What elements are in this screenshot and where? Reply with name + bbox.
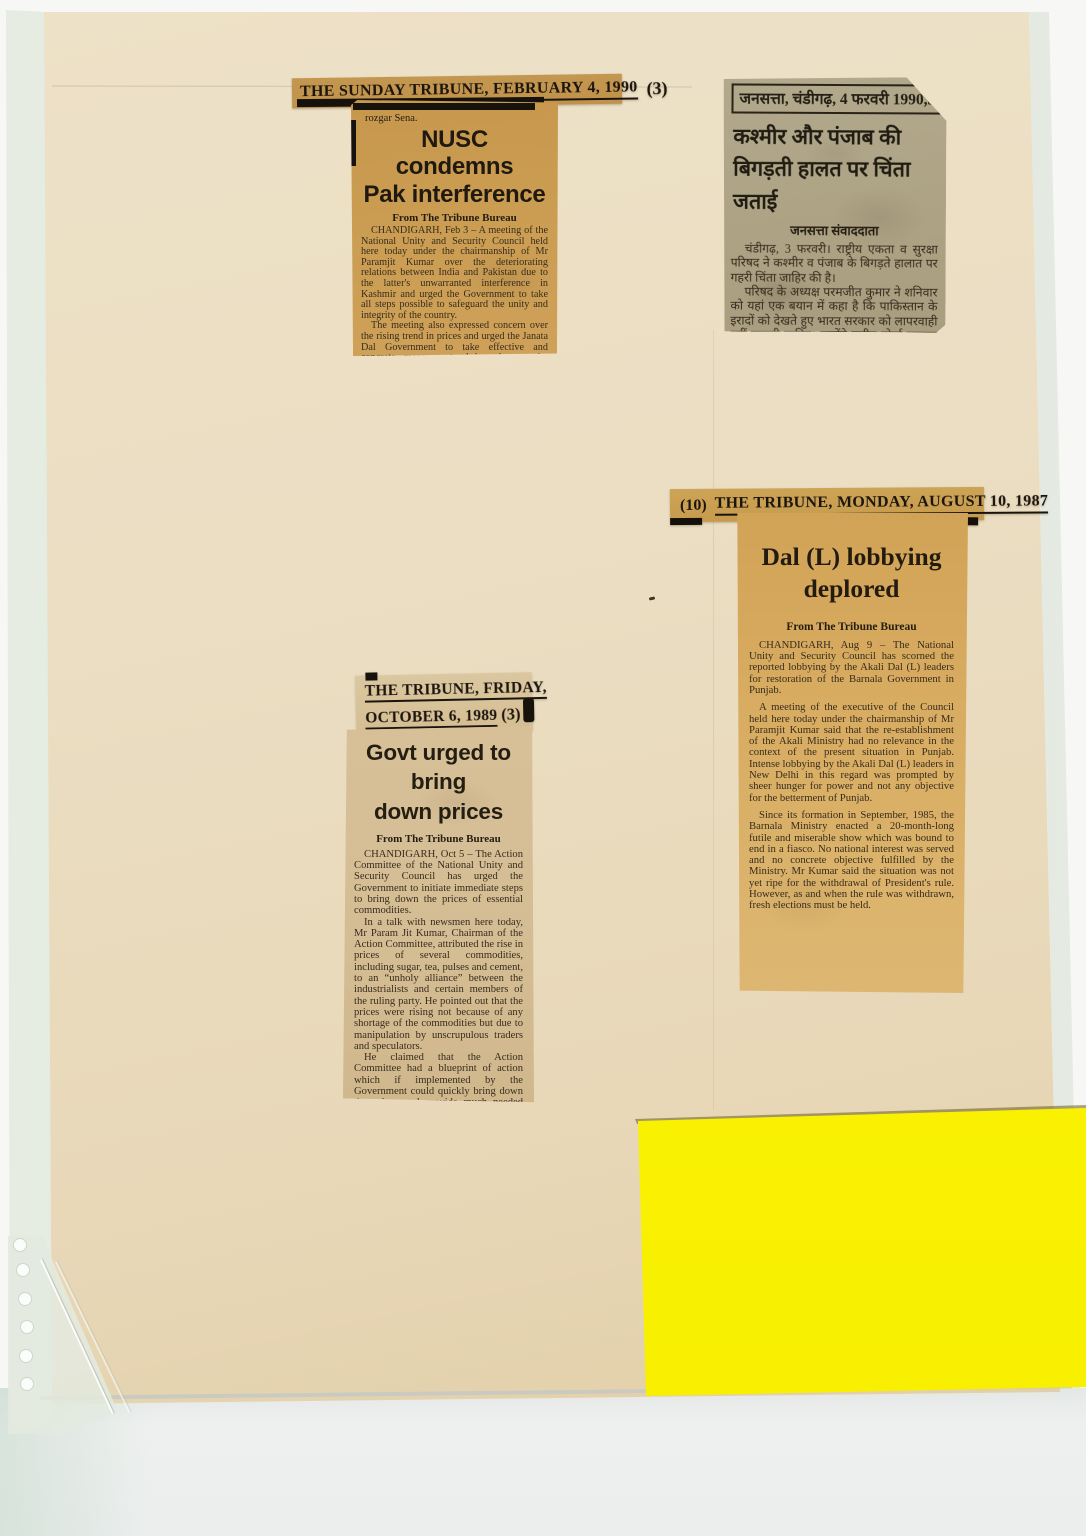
torn-edge-ink-mark — [351, 120, 356, 166]
body-paragraph: In a talk with newsmen here today, Mr Pa… — [354, 917, 523, 1053]
headline-line2: बिगड़ती हालत पर चिंता जताई — [733, 153, 938, 219]
body-paragraph: CHANDIGARH, Aug 9 – The National Unity a… — [749, 640, 954, 696]
scanner-background-band — [0, 1388, 1086, 1536]
newspaper-clipping-nusc: rozgar Sena. NUSC condemns Pak interfere… — [351, 100, 558, 356]
column-fragment-text: rozgar Sena. — [365, 113, 548, 124]
byline: From The Tribune Bureau — [361, 212, 548, 224]
body-paragraph: A meeting of the executive of the Counci… — [749, 702, 954, 804]
newspaper-clipping-dal: Dal (L) lobbying deplored From The Tribu… — [735, 513, 968, 993]
masthead-text: THE TRIBUNE, MONDAY, AUGUST 10, 1987 — [715, 492, 1049, 515]
body-paragraph: CHANDIGARH, Oct 5 – The Action Committee… — [354, 849, 523, 917]
headline-line1: कश्मीर और पंजाब की — [733, 120, 938, 153]
masthead-page-number: (3) — [646, 78, 667, 99]
article-body: CHANDIGARH, Oct 5 – The Action Committee… — [354, 849, 523, 1106]
headline-line2: deplored — [749, 573, 954, 605]
binder-hole — [13, 1238, 27, 1252]
headline: NUSC condemns Pak interference — [361, 126, 548, 208]
body-paragraph: CHANDIGARH, Feb 3 – A meeting of the Nat… — [361, 226, 548, 321]
scanned-scrapbook-page: THE SUNDAY TRIBUNE, FEBRUARY 4, 1990 (3)… — [0, 0, 1086, 1536]
newspaper-clipping-govt: Govt urged to bring down prices From The… — [343, 726, 534, 1106]
article-body: चंडीगढ़, 3 फरवरी। राष्ट्रीय एकता व सुरक्… — [730, 241, 938, 332]
headline-line1: Dal (L) lobbying — [749, 541, 954, 573]
body-paragraph: परिषद के अध्यक्ष परमजीत कुमार ने शनिवार … — [730, 284, 938, 332]
body-paragraph: The meeting also expressed concern over … — [361, 321, 548, 356]
body-paragraph: Since its formation in September, 1985, … — [749, 810, 954, 912]
torn-edge-ink-mark — [365, 672, 377, 680]
headline-line1: Govt urged to bring — [354, 738, 523, 797]
torn-edge-ink-mark — [670, 518, 702, 525]
headline-line2: down prices — [354, 797, 523, 826]
article-body: CHANDIGARH, Aug 9 – The National Unity a… — [749, 640, 954, 912]
masthead-text-line2: OCTOBER 6, 1989 — [365, 707, 498, 730]
masthead-tribune-1989: THE TRIBUNE, FRIDAY, OCTOBER 6, 1989 (3) — [355, 672, 532, 734]
body-paragraph: चंडीगढ़, 3 फरवरी। राष्ट्रीय एकता व सुरक्… — [731, 241, 938, 285]
body-paragraph: He claimed that the Action Committee had… — [354, 1052, 523, 1106]
masthead-text-line1: THE TRIBUNE, FRIDAY, — [365, 679, 547, 703]
page-seam — [713, 330, 714, 1110]
headline: Govt urged to bring down prices — [354, 738, 523, 826]
binder-hole — [18, 1292, 32, 1306]
binder-hole — [16, 1263, 30, 1277]
column-rule — [353, 103, 535, 110]
byline: जनसत्ता संवाददाता — [731, 220, 938, 239]
headline: Dal (L) lobbying deplored — [749, 541, 954, 606]
byline: From The Tribune Bureau — [749, 621, 954, 633]
binder-hole — [20, 1377, 34, 1391]
headline-line1: NUSC condemns — [361, 126, 548, 181]
binder-hole — [19, 1349, 33, 1363]
masthead-page-number: (3) — [501, 704, 521, 723]
masthead-page-number: (10) — [680, 496, 707, 514]
headline: कश्मीर और पंजाब की बिगड़ती हालत पर चिंता… — [733, 120, 939, 218]
masthead-jansatta: जनसत्ता, चंडीगढ़, 4 फरवरी 1990,3 — [731, 83, 943, 114]
newspaper-clipping-jansatta: जनसत्ता, चंडीगढ़, 4 फरवरी 1990,3 कश्मीर … — [722, 76, 946, 332]
binder-hole — [20, 1320, 34, 1334]
headline-line2: Pak interference — [361, 181, 548, 208]
byline: From The Tribune Bureau — [354, 833, 523, 845]
article-body: CHANDIGARH, Feb 3 – A meeting of the Nat… — [361, 226, 548, 356]
torn-edge-ink-mark — [523, 698, 535, 722]
